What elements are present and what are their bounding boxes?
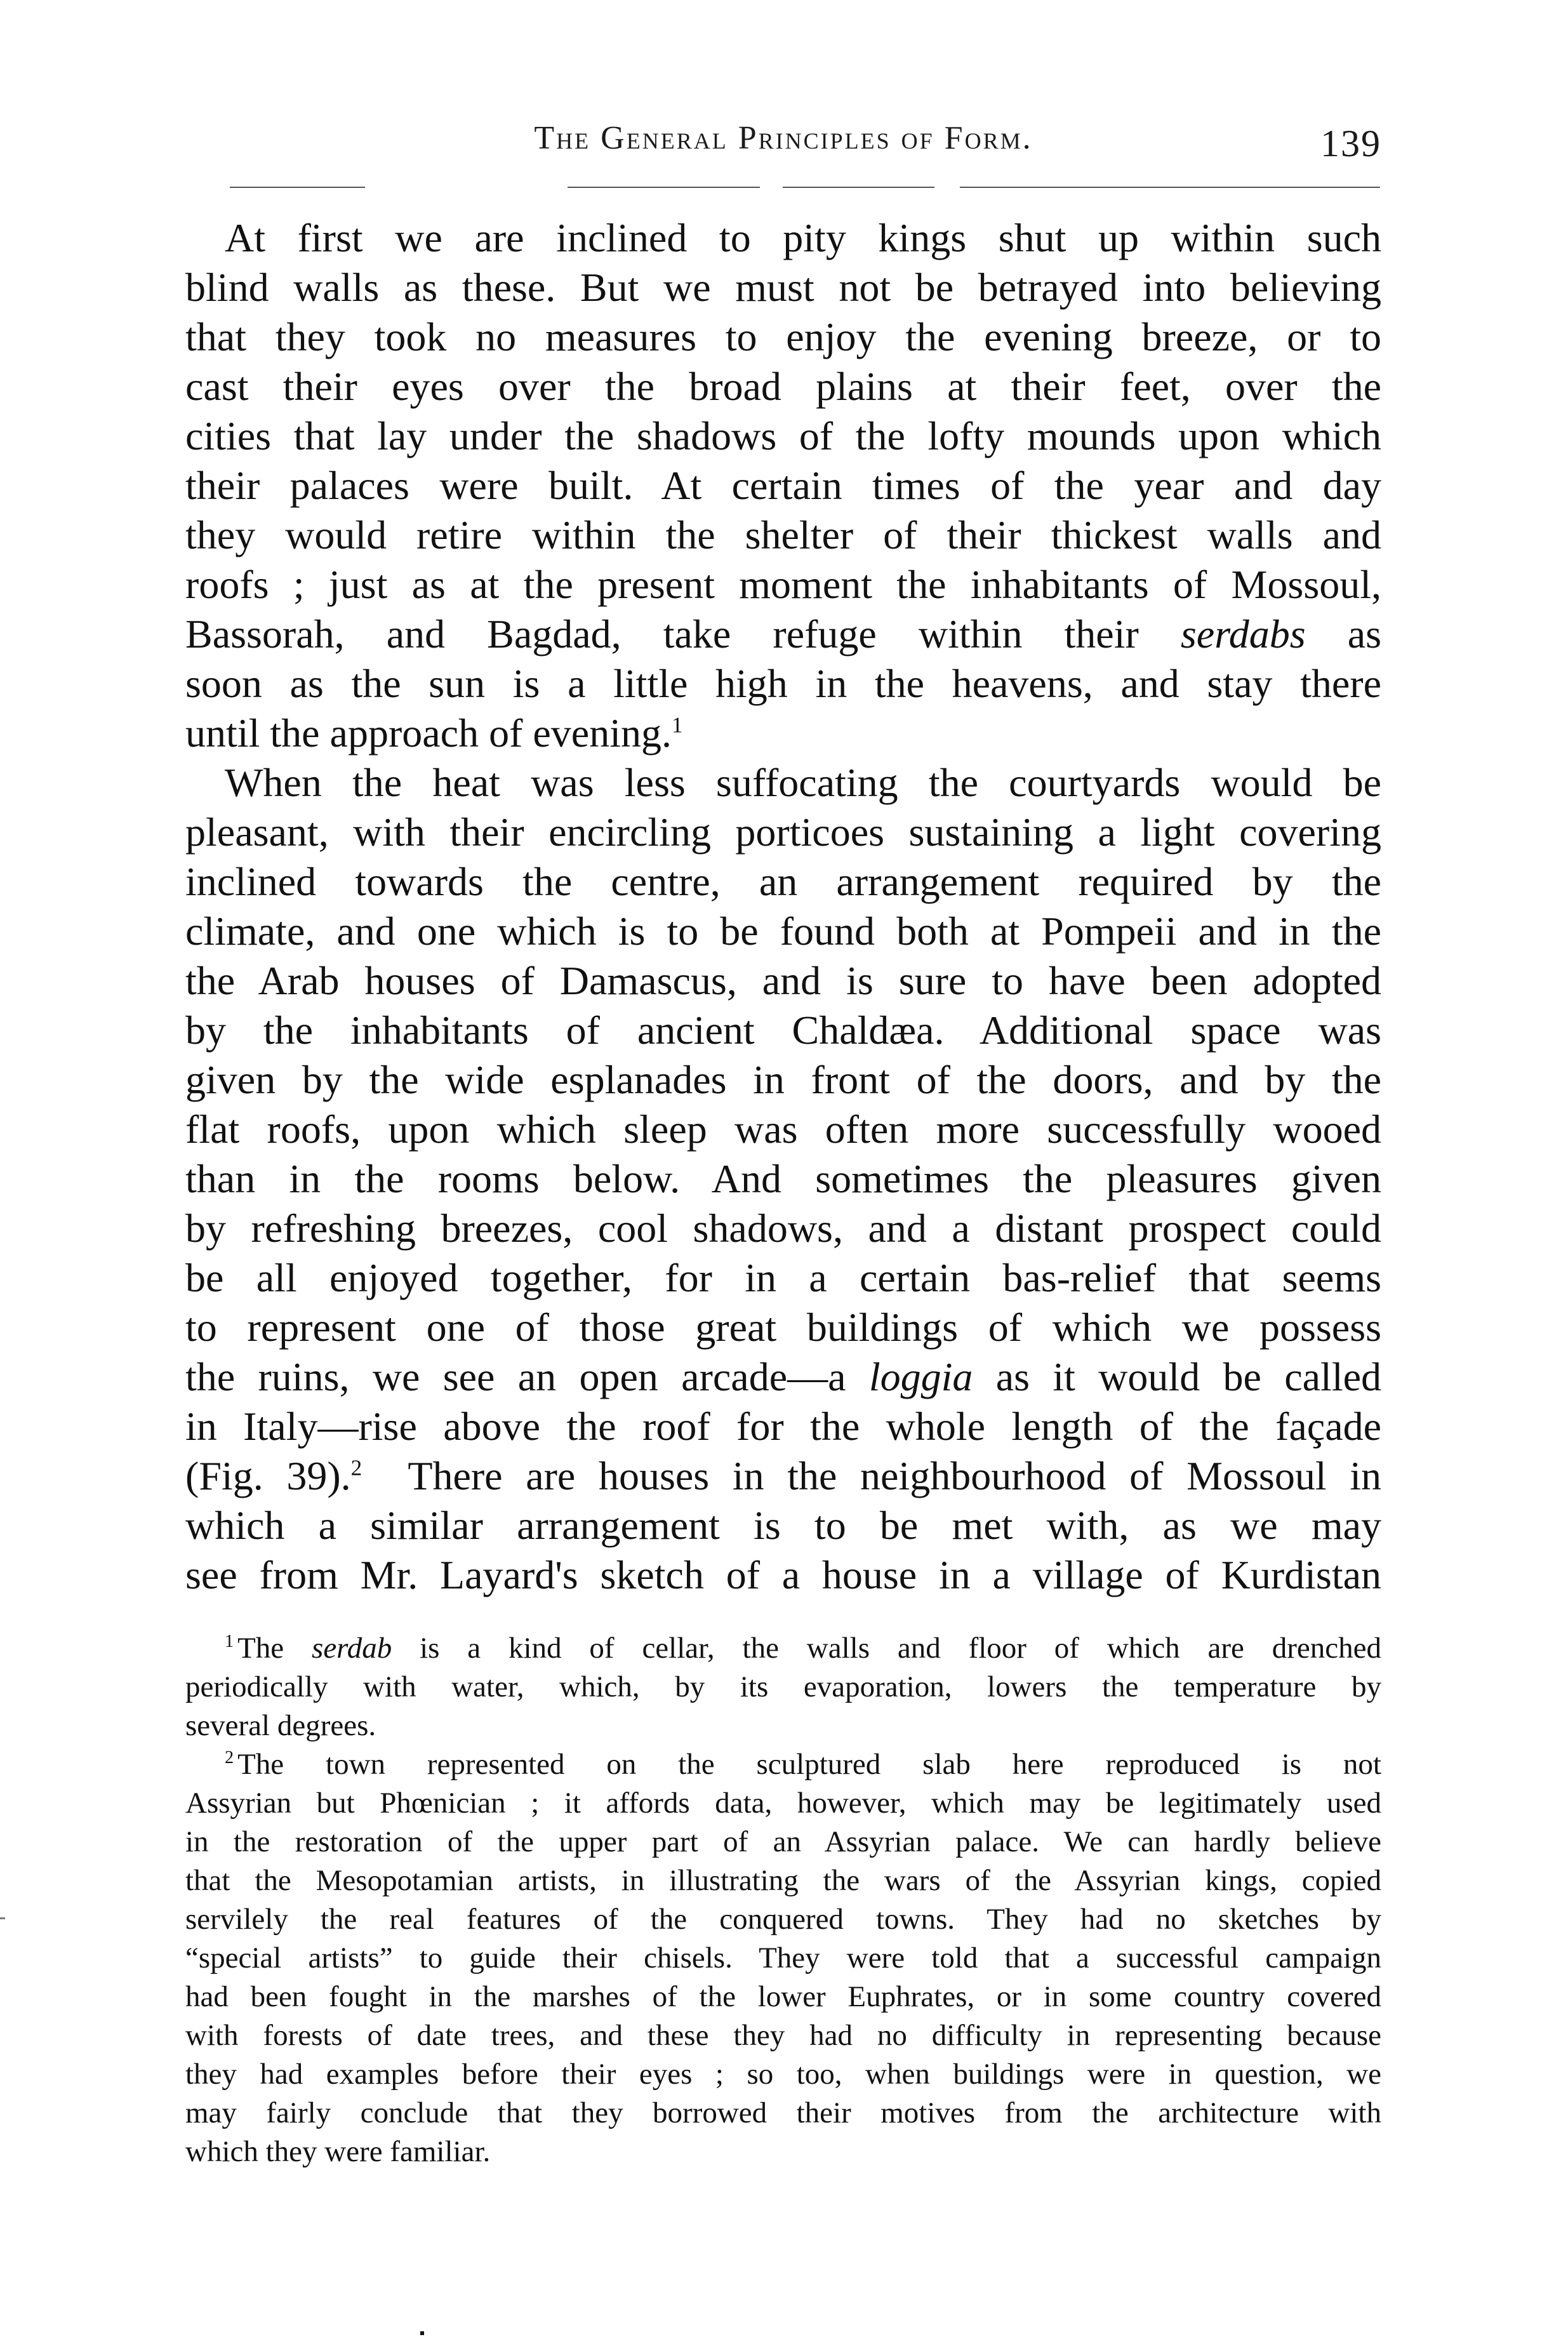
body-line: pleasant, with their encircling porticoe… [185,808,1381,857]
body-line: by the inhabitants of ancient Chaldæa. A… [185,1006,1381,1055]
footnote-text: is a kind of cellar, the walls and floor… [420,1632,1381,1665]
footnote-line: that the Mesopotamian artists, in illust… [185,1861,1381,1900]
body-line: their palaces were built. At certain tim… [185,461,1381,510]
paragraph-2: When the heat was less suffocating the c… [185,758,1381,1600]
body-line: by refreshing breezes, cool shadows, and… [185,1204,1381,1253]
footnotes: 1The serdab is a kind of cellar, the wal… [185,1629,1381,2171]
scan-dot [420,2331,424,2335]
footnote-line: 2The town represented on the sculptured … [185,1745,1381,1784]
footnote-line: with forests of date trees, and these th… [185,2016,1381,2055]
italic-term-loggia: loggia [869,1354,973,1399]
body-line: cast their eyes over the broad plains at… [185,362,1381,411]
body-text: At first we are inclined to pity kings s… [185,213,1381,1600]
body-line-text: There are houses in the neighbourhood of… [408,1453,1381,1498]
footnote-mark: 2 [225,1748,234,1768]
body-line-text: the ruins, we see an open arcade—a [185,1354,846,1399]
body-line: that they took no measures to enjoy the … [185,312,1381,362]
footnote-ref-2[interactable]: 2 [351,1456,362,1481]
header-rule-segment [568,187,760,188]
body-line: When the heat was less suffocating the c… [185,758,1381,808]
body-line: see from Mr. Layard's sketch of a house … [185,1550,1381,1600]
body-line: cities that lay under the shadows of the… [185,411,1381,461]
footnote-1: 1The serdab is a kind of cellar, the wal… [185,1629,1381,1745]
body-line: climate, and one which is to be found bo… [185,907,1381,956]
body-line-text: as it would be called [996,1354,1381,1399]
body-line: flat roofs, upon which sleep was often m… [185,1105,1381,1154]
footnote-line: 1The serdab is a kind of cellar, the wal… [185,1629,1381,1668]
page-number: 139 [1320,124,1381,163]
body-line: blind walls as these. But we must not be… [185,263,1381,312]
running-title: The General Principles of Form. [441,119,1126,157]
italic-term-serdab: serdab [312,1632,392,1665]
body-line: At first we are inclined to pity kings s… [185,213,1381,263]
footnote-line: had been fought in the marshes of the lo… [185,1978,1381,2016]
body-line: the Arab houses of Damascus, and is sure… [185,956,1381,1006]
footnote-text: The [237,1632,284,1665]
body-line: be all enjoyed together, for in a certai… [185,1253,1381,1303]
footnote-line: “special artists” to guide their chisels… [185,1939,1381,1978]
italic-term-serdabs: serdabs [1181,611,1306,656]
body-line: which a similar arrangement is to be met… [185,1501,1381,1550]
body-line: soon as the sun is a little high in the … [185,659,1381,709]
body-line: in Italy—rise above the roof for the who… [185,1402,1381,1451]
body-line: (Fig. 39).2 There are houses in the neig… [185,1451,1381,1501]
body-line: to represent one of those great building… [185,1303,1381,1352]
footnote-line: which they were familiar. [185,2133,1381,2171]
scan-margin-mark [0,1917,5,1919]
footnote-line: servilely the real features of the conqu… [185,1900,1381,1939]
body-line: given by the wide esplanades in front of… [185,1055,1381,1105]
running-head: The General Principles of Form. 139 [185,119,1381,157]
footnote-line: they had examples before their eyes ; so… [185,2055,1381,2094]
footnote-line: may fairly conclude that they borrowed t… [185,2094,1381,2133]
footnote-mark: 1 [225,1632,234,1651]
footnote-text: The town represented on the sculptured s… [237,1748,1381,1781]
body-line: until the approach of evening.1 [185,709,1381,758]
body-line: the ruins, we see an open arcade—a loggi… [185,1352,1381,1402]
footnote-ref-1[interactable]: 1 [672,713,683,738]
footnote-2: 2The town represented on the sculptured … [185,1745,1381,2171]
header-rule-segment [783,187,934,188]
paragraph-1: At first we are inclined to pity kings s… [185,213,1381,758]
footnote-line: several degrees. [185,1707,1381,1745]
footnote-line: periodically with water, which, by its e… [185,1668,1381,1707]
body-line-text: until the approach of evening. [185,710,672,756]
body-line-text: (Fig. 39). [185,1453,351,1498]
body-line-text: Bassorah, and Bagdad, take refuge within… [185,611,1139,656]
body-line: they would retire within the shelter of … [185,510,1381,560]
body-line: roofs ; just as at the present moment th… [185,560,1381,609]
body-line: than in the rooms below. And sometimes t… [185,1154,1381,1204]
body-line: inclined towards the centre, an arrangem… [185,857,1381,907]
body-line-text: as [1348,611,1381,656]
body-line: Bassorah, and Bagdad, take refuge within… [185,609,1381,659]
footnote-line: Assyrian but Phœnician ; it affords data… [185,1784,1381,1823]
header-rule-segment [960,187,1380,188]
footnote-line: in the restoration of the upper part of … [185,1823,1381,1861]
header-rule-segment [230,187,365,188]
